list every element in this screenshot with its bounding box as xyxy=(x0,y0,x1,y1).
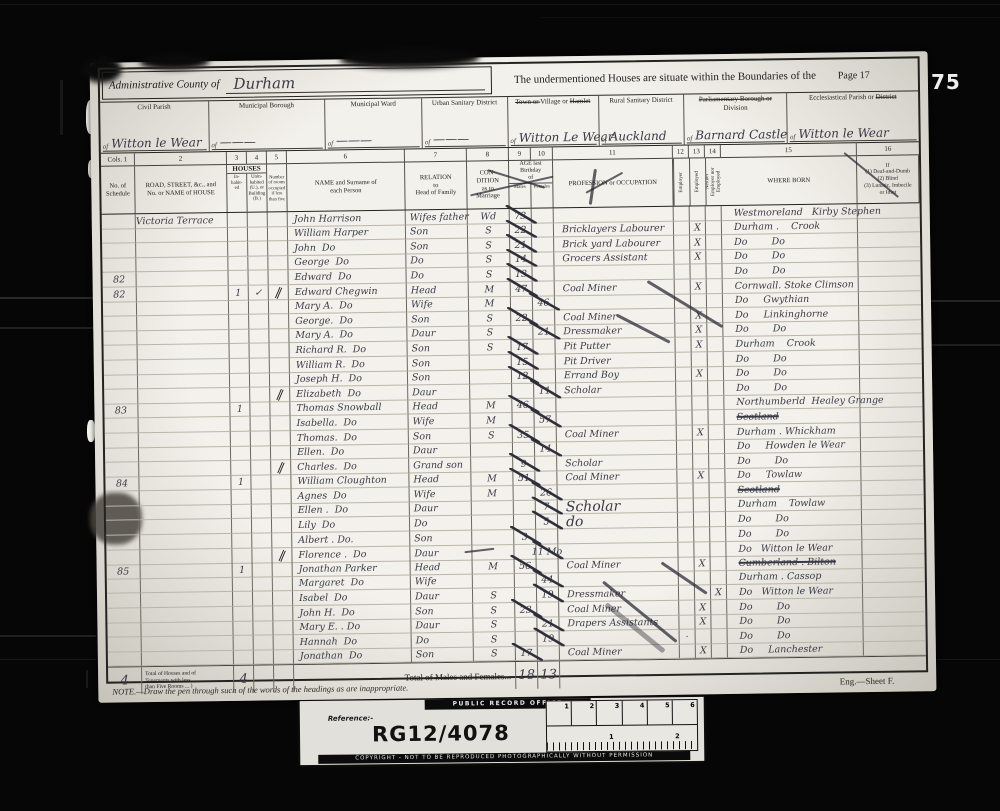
cell-occupation xyxy=(554,265,674,281)
cell-inhabited xyxy=(228,213,248,228)
cell-employed: X xyxy=(691,279,707,294)
handwritten-entry: S xyxy=(488,429,495,442)
cell-employer xyxy=(676,367,692,382)
handwritten-entry: William Harper xyxy=(294,226,368,240)
cell-inhabited xyxy=(230,359,250,374)
cell-rooms xyxy=(273,577,293,592)
handwritten-entry: M xyxy=(487,487,497,500)
total-empty xyxy=(560,657,926,689)
handwritten-entry: X xyxy=(699,557,706,570)
cell-relation: Head xyxy=(411,560,473,575)
handwritten-entry: Head xyxy=(415,561,441,574)
handwritten-entry: M xyxy=(488,560,498,573)
handwritten-entry: S xyxy=(491,648,498,661)
col-num: Cols. 1 xyxy=(101,153,135,165)
cell-uninhabited xyxy=(248,242,268,257)
cell-name: Mary A. Do xyxy=(289,298,407,314)
handwritten-entry: Durham . Cassop xyxy=(739,570,822,584)
of-prefix: of xyxy=(328,139,334,147)
cell-condition: S xyxy=(468,267,510,282)
cell-road xyxy=(139,476,231,492)
handwritten-entry: George Do xyxy=(294,256,349,270)
cell-employer xyxy=(679,571,695,586)
cell-name: Ellen . Do xyxy=(292,502,410,518)
cell-employed xyxy=(690,206,706,221)
cell-employed xyxy=(692,411,708,426)
col-num: 13 xyxy=(689,145,705,157)
cell-neither xyxy=(712,644,728,659)
cell-infirmity xyxy=(858,218,920,233)
handwritten-entry: Do Do xyxy=(734,235,785,249)
cell-condition: S xyxy=(469,340,511,355)
cell-employer xyxy=(676,382,692,397)
cell-rooms xyxy=(269,300,289,315)
cell-rooms xyxy=(272,489,292,504)
handwritten-entry: Errand Boy xyxy=(564,369,619,383)
cell-schedule xyxy=(102,214,136,229)
handwritten-entry: Do Do xyxy=(738,527,789,541)
cell-employed xyxy=(693,440,709,455)
household-tick-mark: ∥ xyxy=(273,285,284,300)
cell-inhabited xyxy=(232,534,252,549)
household-tick-mark: ∥ xyxy=(275,460,286,475)
col-num: 3 xyxy=(227,152,247,164)
col-num: 16 xyxy=(857,142,919,155)
cell-uninhabited xyxy=(254,636,274,651)
ruler-top-number: 5 xyxy=(647,700,672,724)
handwritten-entry: Son xyxy=(412,357,431,370)
handwritten-entry: Thomas Snowball xyxy=(296,401,381,415)
handwritten-entry: Scotland xyxy=(736,410,778,424)
handwritten-entry: Do Do xyxy=(738,512,789,526)
handwritten-entry: S xyxy=(485,224,492,237)
cell-employed xyxy=(691,294,707,309)
photo-streak xyxy=(924,300,1000,302)
cell-road xyxy=(140,490,232,506)
cell-occupation xyxy=(556,396,676,412)
header-name: NAME and Surname of each Person xyxy=(287,162,406,211)
cell-employer xyxy=(674,250,690,265)
cell-employer xyxy=(679,601,695,616)
cell-infirmity xyxy=(861,422,923,437)
cell-infirmity xyxy=(858,203,920,218)
cell-employed xyxy=(694,527,710,542)
handwritten-entry: X xyxy=(694,222,701,235)
situate-text: The undermentioned Houses are situate wi… xyxy=(492,59,838,96)
cell-employed: X xyxy=(696,644,712,659)
cell-road xyxy=(142,651,234,667)
cell-name: Lily Do xyxy=(292,517,410,533)
handwritten-entry: Do xyxy=(414,517,428,530)
header-age: AGE last Birthday of xyxy=(509,160,552,183)
handwritten-entry: Daur xyxy=(414,547,438,560)
ruler: 123456 12 xyxy=(546,699,699,753)
cell-schedule xyxy=(103,316,137,331)
cell-occupation: Dressmaker xyxy=(555,323,675,339)
cell-road xyxy=(142,636,234,652)
cell-schedule xyxy=(102,229,136,244)
header-profession: PROFESSION or OCCUPATION xyxy=(553,159,674,208)
cell-condition xyxy=(471,443,513,458)
cell-name: Thomas Snowball xyxy=(290,400,408,416)
cell-relation: Daur xyxy=(410,545,472,561)
cell-employed xyxy=(695,571,711,586)
handwritten-entry: Scholar xyxy=(566,501,621,514)
handwritten-entry: Head xyxy=(413,473,439,486)
handwritten-entry: Do Do xyxy=(737,454,788,468)
cell-occupation: Errand Boy xyxy=(556,367,676,383)
cell-uninhabited xyxy=(249,329,269,344)
cell-uninhabited xyxy=(250,388,270,403)
handwritten-entry: Elizabeth Do xyxy=(296,387,361,401)
cell-neither xyxy=(710,527,726,542)
cell-relation: Son xyxy=(409,429,471,444)
cell-occupation: Coal Miner xyxy=(555,309,675,325)
cell-relation: Wife xyxy=(410,487,472,502)
cell-occupation: Coal Miner xyxy=(557,426,677,442)
cell-infirmity xyxy=(861,466,923,481)
cell-occupation xyxy=(557,440,677,456)
handwritten-entry: Wife xyxy=(411,298,433,311)
cell-employer xyxy=(677,469,693,484)
cell-inhabited xyxy=(232,505,252,520)
cell-relation: Do xyxy=(412,633,474,648)
cell-infirmity xyxy=(859,335,921,350)
cell-inhabited: 1 xyxy=(230,402,250,417)
cell-name: Jonathan Do xyxy=(294,648,412,664)
cell-infirmity xyxy=(862,495,924,510)
cell-name: Margaret Do xyxy=(293,575,411,591)
district-label: Urban Sanitary District xyxy=(424,98,505,130)
cell-uninhabited xyxy=(253,577,273,592)
header-road: ROAD, STREET, &c., and No. or NAME of HO… xyxy=(135,165,228,213)
handwritten-entry: 1 xyxy=(235,287,241,300)
household-tick-mark: ∥ xyxy=(276,547,287,562)
cell-name: Albert . Do. xyxy=(292,532,410,548)
ruler-top-scale: 123456 xyxy=(547,700,697,727)
total-males-females-label: Total of Males and Females... xyxy=(294,662,516,692)
cell-inhabited xyxy=(230,373,250,388)
cell-name: John Do xyxy=(288,240,406,256)
cell-relation: Head xyxy=(409,472,471,487)
handwritten-entry: S xyxy=(486,254,493,267)
cell-infirmity xyxy=(859,276,921,292)
cell-employed: X xyxy=(695,557,711,572)
handwritten-entry: Jonathan Parker xyxy=(299,562,377,576)
cell-name: William Cloughton xyxy=(291,473,409,489)
handwritten-entry: Drapers Assistants xyxy=(567,616,658,630)
handwritten-entry: Coal Miner xyxy=(563,310,617,324)
handwritten-entry: S xyxy=(486,268,493,281)
cell-employed xyxy=(694,484,710,499)
cell-condition xyxy=(473,574,515,589)
district-label-text: Municipal Borough xyxy=(239,101,294,110)
cell-schedule xyxy=(103,331,137,346)
cell-relation: Head xyxy=(408,399,470,414)
cell-relation: Son xyxy=(410,531,472,546)
cell-employed: X xyxy=(691,308,707,323)
cell-inhabited xyxy=(232,490,252,505)
cell-rooms xyxy=(271,475,291,490)
cell-name: Joseph H. Do xyxy=(290,371,408,387)
district-value: ofAuckland xyxy=(601,127,682,145)
cell-employed xyxy=(692,396,708,411)
cell-neither xyxy=(712,629,728,644)
cell-condition xyxy=(470,370,512,385)
handwritten-entry: ✓ xyxy=(254,286,262,299)
cell-relation: Daur xyxy=(411,618,473,633)
cell-rooms xyxy=(268,227,288,242)
district-handwritten-value: ——— xyxy=(433,132,469,147)
col-num: 14 xyxy=(705,145,721,157)
district-label-text: Village or xyxy=(540,97,570,105)
cell-relation: Do xyxy=(406,253,468,268)
handwritten-entry: S xyxy=(486,312,493,325)
cell-occupation xyxy=(559,572,679,588)
cell-employed xyxy=(692,381,708,396)
handwritten-entry: Dressmaker xyxy=(567,587,625,601)
of-prefix: of xyxy=(425,138,431,146)
cell-uninhabited xyxy=(252,533,272,548)
cell-schedule xyxy=(104,360,138,375)
handwritten-entry: S xyxy=(490,589,497,602)
col-num: 15 xyxy=(721,143,857,157)
cell-neither xyxy=(707,323,723,338)
handwritten-entry: Do xyxy=(410,269,424,282)
household-tick-mark: ∥ xyxy=(274,387,285,402)
cell-inhabited xyxy=(233,607,253,622)
col-num: 10 xyxy=(531,147,553,159)
cell-infirmity xyxy=(860,393,922,408)
handwritten-entry: do xyxy=(566,516,584,528)
cell-relation: Do xyxy=(410,516,472,531)
total-females: 13 xyxy=(538,662,560,689)
cell-uninhabited xyxy=(253,592,273,607)
cell-schedule xyxy=(106,506,140,521)
cell-road xyxy=(141,563,233,579)
cell-schedule xyxy=(105,448,139,463)
district-label-text: Hamlet xyxy=(570,97,591,105)
cell-uninhabited xyxy=(253,621,273,636)
handwritten-entry: 17 xyxy=(520,647,532,660)
handwritten-entry: Daur xyxy=(415,590,439,603)
cell-infirmity xyxy=(858,262,920,277)
cell-infirmity xyxy=(863,612,925,627)
cell-employer xyxy=(679,586,695,601)
handwritten-entry: 57 xyxy=(539,413,551,426)
cell-road xyxy=(141,592,233,608)
cell-occupation: Pit Putter xyxy=(555,338,675,354)
ruler-top-number: 1 xyxy=(547,701,572,725)
reference-value: RG12/4078 xyxy=(372,721,510,746)
cell-neither xyxy=(706,221,722,236)
cell-uninhabited xyxy=(250,344,270,359)
district-column: Parliamentary Borough or Division ofBarn… xyxy=(684,93,788,144)
admin-county-value: Durham xyxy=(225,71,485,94)
total-inhabited: 4 xyxy=(234,666,254,693)
handwritten-entry: Son xyxy=(415,605,434,618)
handwritten-entry: S xyxy=(485,239,492,252)
cell-infirmity xyxy=(860,408,922,423)
cell-neither xyxy=(711,556,727,571)
page-inner: Administrative County of Durham The unde… xyxy=(98,56,929,697)
handwritten-entry: Son xyxy=(411,313,430,326)
cell-condition: M xyxy=(471,472,513,487)
cell-inhabited xyxy=(228,227,248,242)
header-employed: Employed xyxy=(689,158,706,205)
cell-where-born: Do Lanchester xyxy=(728,642,864,658)
cell-relation: Daur xyxy=(411,589,473,604)
handwritten-entry: M xyxy=(486,414,496,427)
handwritten-entry: Mary A. Do xyxy=(295,329,353,343)
cell-employed: X xyxy=(695,600,711,615)
cell-neither xyxy=(707,308,723,323)
handwritten-entry: Margaret Do xyxy=(299,577,364,591)
cell-employer xyxy=(678,484,694,499)
photo-streak xyxy=(540,17,1000,18)
handwritten-entry: Coal Miner xyxy=(567,602,621,616)
handwritten-entry: 82 xyxy=(113,288,125,301)
cell-neither xyxy=(706,250,722,265)
cell-relation: Daur xyxy=(408,385,470,401)
cell-employer xyxy=(674,236,690,251)
cell-condition: S xyxy=(474,647,516,662)
cell-schedule xyxy=(104,389,138,404)
cell-name: George. Do xyxy=(289,313,407,329)
handwritten-entry: Scotland xyxy=(738,483,780,497)
cell-inhabited xyxy=(233,621,253,636)
header-schedule: No. of Schedule xyxy=(101,166,136,213)
handwritten-entry: X xyxy=(699,616,706,629)
handwritten-entry: Agnes Do xyxy=(298,489,347,503)
header-employer: Employer xyxy=(673,159,690,206)
cell-employed: X xyxy=(691,323,707,338)
col-num: 12 xyxy=(673,146,689,158)
cell-inhabited xyxy=(228,256,248,271)
cell-road xyxy=(139,432,231,448)
district-column: Urban Sanitary District of——— xyxy=(422,97,508,148)
handwritten-entry: Daur xyxy=(414,503,438,516)
handwritten-entry: Coal Miner xyxy=(567,558,621,572)
form-box: Administrative County of Durham The unde… xyxy=(98,56,929,683)
photo-streak xyxy=(924,344,1000,346)
cell-rooms xyxy=(273,621,293,636)
cell-relation: Daur xyxy=(407,326,469,341)
cell-relation: Son xyxy=(407,341,469,356)
handwritten-entry: Do Do xyxy=(735,323,786,337)
handwritten-entry: X xyxy=(694,236,701,249)
cell-infirmity xyxy=(861,481,923,496)
handwritten-entry: Son xyxy=(410,225,429,238)
handwritten-entry: Durham . Crook xyxy=(734,220,820,234)
district-label-text: Ecclesiastical Parish or xyxy=(809,93,874,102)
district-value: of——— xyxy=(211,132,323,151)
cell-uninhabited xyxy=(250,358,270,373)
handwritten-entry: Daur xyxy=(415,619,439,632)
cell-neither xyxy=(708,381,724,396)
district-column: Civil Parish ofWitton le Wear xyxy=(100,101,209,153)
cell-name: Jonathan Parker xyxy=(293,561,411,577)
cell-schedule xyxy=(107,623,141,638)
handwritten-entry: Edward Chegwin xyxy=(295,285,378,299)
handwritten-entry: S xyxy=(491,633,498,646)
cell-relation: Son xyxy=(407,312,469,327)
col-num: 2 xyxy=(135,152,227,165)
cell-rooms xyxy=(273,592,293,607)
cell-employer xyxy=(678,542,694,557)
cell-occupation xyxy=(558,484,678,500)
handwritten-entry: X xyxy=(697,426,704,439)
census-page: Administrative County of Durham The unde… xyxy=(90,51,937,703)
cell-employer xyxy=(675,323,691,338)
cell-uninhabited xyxy=(250,402,270,417)
photo-streak xyxy=(0,659,96,660)
cell-occupation: Coal Miner xyxy=(557,469,677,485)
handwritten-entry: Wifes father xyxy=(410,210,469,224)
cell-schedule xyxy=(106,535,140,550)
cell-name: John Harrison xyxy=(288,210,406,226)
cell-inhabited xyxy=(228,242,248,257)
cell-employed xyxy=(694,542,710,557)
ruler-top-number: 2 xyxy=(572,701,597,725)
cell-infirmity xyxy=(860,378,922,394)
page-number: Page 17 xyxy=(838,58,918,91)
district-value: ofBarnard Castle xyxy=(687,125,785,143)
handwritten-entry: Pit Putter xyxy=(563,340,610,354)
handwritten-entry: X xyxy=(696,338,703,351)
ruler-bottom-scale: 12 xyxy=(547,725,697,751)
cell-neither xyxy=(709,469,725,484)
header-houses: HOUSES xyxy=(227,164,266,174)
of-prefix: of xyxy=(103,143,109,151)
cell-employer xyxy=(675,338,691,353)
cell-condition xyxy=(472,501,514,516)
cell-neither xyxy=(707,294,723,309)
cell-schedule xyxy=(104,346,138,361)
cell-rooms xyxy=(270,358,290,373)
cell-uninhabited xyxy=(251,475,271,490)
handwritten-entry: Wife xyxy=(415,576,437,589)
cell-road xyxy=(138,403,230,419)
cell-employer xyxy=(677,425,693,440)
handwritten-entry: Dressmaker xyxy=(563,325,621,339)
cell-schedule xyxy=(102,243,136,258)
header-infirmity: If (1) Deaf-and-Dumb (2) Blind (3) Lunat… xyxy=(857,155,920,203)
cell-employed: X xyxy=(690,250,706,265)
cell-condition: S xyxy=(468,253,510,268)
cell-name: Isabella. Do xyxy=(291,415,409,431)
cell-schedule xyxy=(107,594,141,609)
total-empty xyxy=(274,665,294,692)
cell-employed xyxy=(692,352,708,367)
cell-road: Victoria Terrace xyxy=(136,213,228,229)
cell-rooms xyxy=(271,446,291,461)
cell-relation: Son xyxy=(408,356,470,371)
handwritten-entry: M xyxy=(487,473,497,486)
total-males: 18 xyxy=(516,662,538,689)
handwritten-entry: William Cloughton xyxy=(297,474,387,488)
cell-employer xyxy=(675,309,691,324)
cell-condition xyxy=(472,515,514,530)
cell-uninhabited xyxy=(248,212,268,227)
handwritten-entry: Son xyxy=(416,649,435,662)
cell-occupation: Coal Miner xyxy=(560,645,680,661)
cell-occupation: Coal Miner xyxy=(559,601,679,617)
cell-relation: Daur xyxy=(409,443,471,458)
header-houses-group: HOUSES In- habit- ed Unin- habited (U.),… xyxy=(227,164,268,212)
handwritten-entry: Do Do xyxy=(736,366,787,380)
cell-condition: S xyxy=(471,428,513,443)
